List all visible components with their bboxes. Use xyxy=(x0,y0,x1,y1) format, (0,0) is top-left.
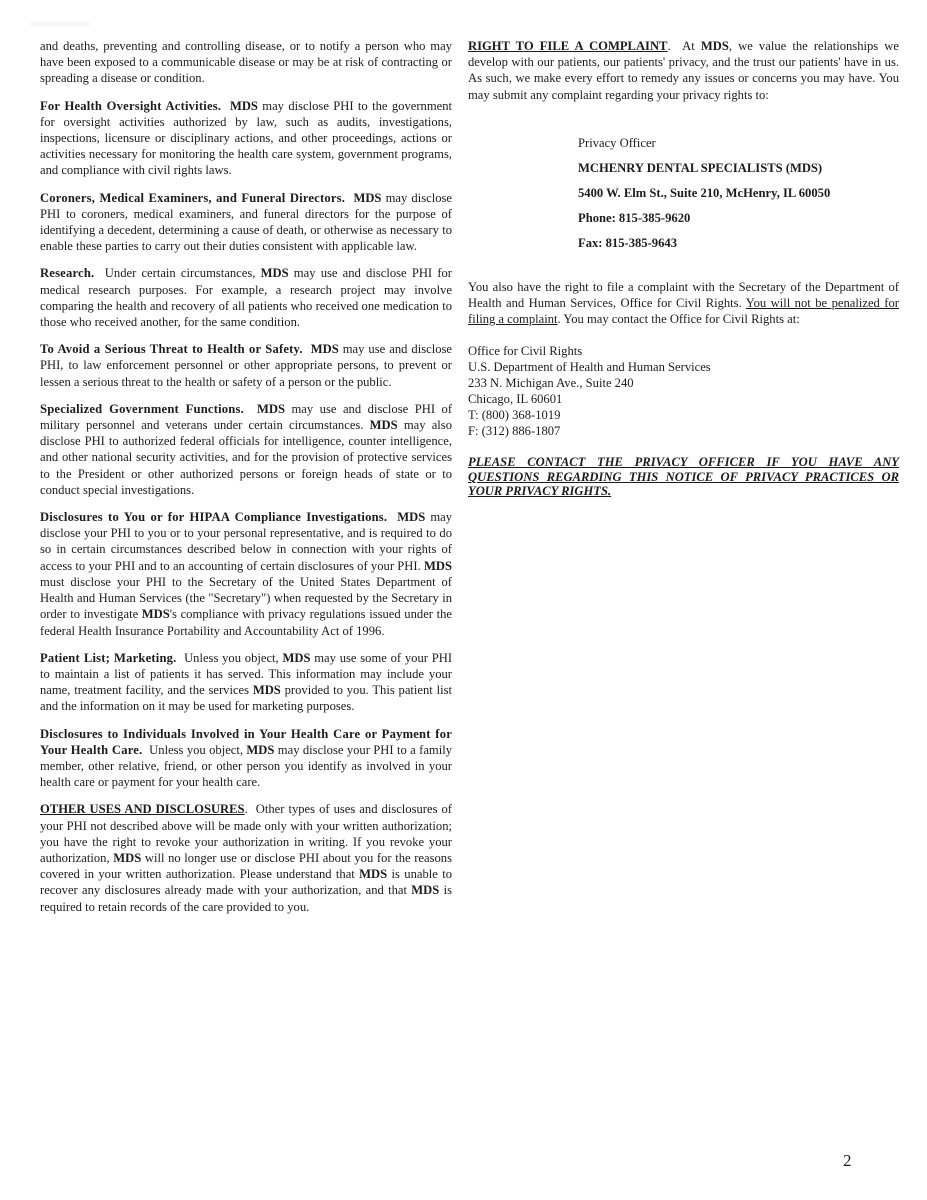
section-paragraph: Specialized Government Functions. MDS ma… xyxy=(40,401,452,498)
section-heading: Coroners, Medical Examiners, and Funeral… xyxy=(40,191,345,205)
entity-abbrev: MDS xyxy=(311,342,339,356)
section-paragraph: To Avoid a Serious Threat to Health or S… xyxy=(40,341,452,390)
ocr-contact: Office for Civil Rights U.S. Department … xyxy=(468,343,899,439)
heading-period: . xyxy=(667,39,682,53)
ocr-phone: T: (800) 368-1019 xyxy=(468,407,899,423)
entity-abbrev: MDS xyxy=(359,867,387,881)
entity-abbrev: MDS xyxy=(113,851,141,865)
closing-notice: PLEASE CONTACT THE PRIVACY OFFICER IF YO… xyxy=(468,455,899,499)
entity-abbrev: MDS xyxy=(701,39,729,53)
entity-abbrev: MDS xyxy=(424,559,452,573)
body-text: Unless you object, xyxy=(184,651,282,665)
complaint-heading: RIGHT TO FILE A COMPLAINT xyxy=(468,39,667,53)
ocr-line-3: 233 N. Michigan Ave., Suite 240 xyxy=(468,375,899,391)
entity-abbrev: MDS xyxy=(253,683,281,697)
section-heading: OTHER USES AND DISCLOSURES xyxy=(40,802,245,816)
entity-abbrev: MDS xyxy=(370,418,398,432)
page-number: 2 xyxy=(843,1151,852,1171)
section-heading: Research. xyxy=(40,266,94,280)
entity-abbrev: MDS xyxy=(230,99,258,113)
section-heading: Specialized Government Functions. xyxy=(40,402,244,416)
section-heading: Patient List; Marketing. xyxy=(40,651,177,665)
complaint-paragraph: RIGHT TO FILE A COMPLAINT. At MDS, we va… xyxy=(468,38,899,103)
entity-abbrev: MDS xyxy=(282,651,310,665)
ocr-line-1: Office for Civil Rights xyxy=(468,343,899,359)
section-paragraph: Disclosures to Individuals Involved in Y… xyxy=(40,726,452,791)
body-text: At xyxy=(682,39,701,53)
ocr-line-4: Chicago, IL 60601 xyxy=(468,391,899,407)
organization-fax: Fax: 815-385-9643 xyxy=(578,235,899,251)
organization-phone: Phone: 815-385-9620 xyxy=(578,210,899,226)
secretary-text-after: . You may contact the Office for Civil R… xyxy=(558,312,800,326)
scan-artifact xyxy=(30,22,90,26)
body-text: Under certain circumstances, xyxy=(105,266,261,280)
section-heading: To Avoid a Serious Threat to Health or S… xyxy=(40,342,303,356)
ocr-line-2: U.S. Department of Health and Human Serv… xyxy=(468,359,899,375)
right-column: RIGHT TO FILE A COMPLAINT. At MDS, we va… xyxy=(468,38,899,499)
left-sections: For Health Oversight Activities. MDS may… xyxy=(40,98,452,915)
left-column: and deaths, preventing and controlling d… xyxy=(40,38,452,926)
section-paragraph: Research. Under certain circumstances, M… xyxy=(40,265,452,330)
entity-abbrev: MDS xyxy=(397,510,425,524)
section-paragraph: Patient List; Marketing. Unless you obje… xyxy=(40,650,452,715)
entity-abbrev: MDS xyxy=(411,883,439,897)
section-paragraph: For Health Oversight Activities. MDS may… xyxy=(40,98,452,179)
entity-abbrev: MDS xyxy=(257,402,285,416)
section-heading: Disclosures to You or for HIPAA Complian… xyxy=(40,510,387,524)
entity-abbrev: MDS xyxy=(353,191,381,205)
section-heading: For Health Oversight Activities. xyxy=(40,99,221,113)
privacy-officer-title: Privacy Officer xyxy=(578,135,899,151)
entity-abbrev: MDS xyxy=(246,743,274,757)
body-text: Unless you object, xyxy=(149,743,246,757)
section-paragraph: Disclosures to You or for HIPAA Complian… xyxy=(40,509,452,639)
section-paragraph: Coroners, Medical Examiners, and Funeral… xyxy=(40,190,452,255)
entity-abbrev: MDS xyxy=(261,266,289,280)
privacy-officer-contact: Privacy Officer MCHENRY DENTAL SPECIALIS… xyxy=(578,135,899,251)
organization-address: 5400 W. Elm St., Suite 210, McHenry, IL … xyxy=(578,185,899,201)
secretary-paragraph: You also have the right to file a compla… xyxy=(468,279,899,328)
ocr-fax: F: (312) 886-1807 xyxy=(468,423,899,439)
section-paragraph: OTHER USES AND DISCLOSURES. Other types … xyxy=(40,801,452,914)
heading-period: . xyxy=(245,802,248,816)
entity-abbrev: MDS xyxy=(142,607,170,621)
organization-name: MCHENRY DENTAL SPECIALISTS (MDS) xyxy=(578,160,899,176)
intro-continuation: and deaths, preventing and controlling d… xyxy=(40,38,452,87)
